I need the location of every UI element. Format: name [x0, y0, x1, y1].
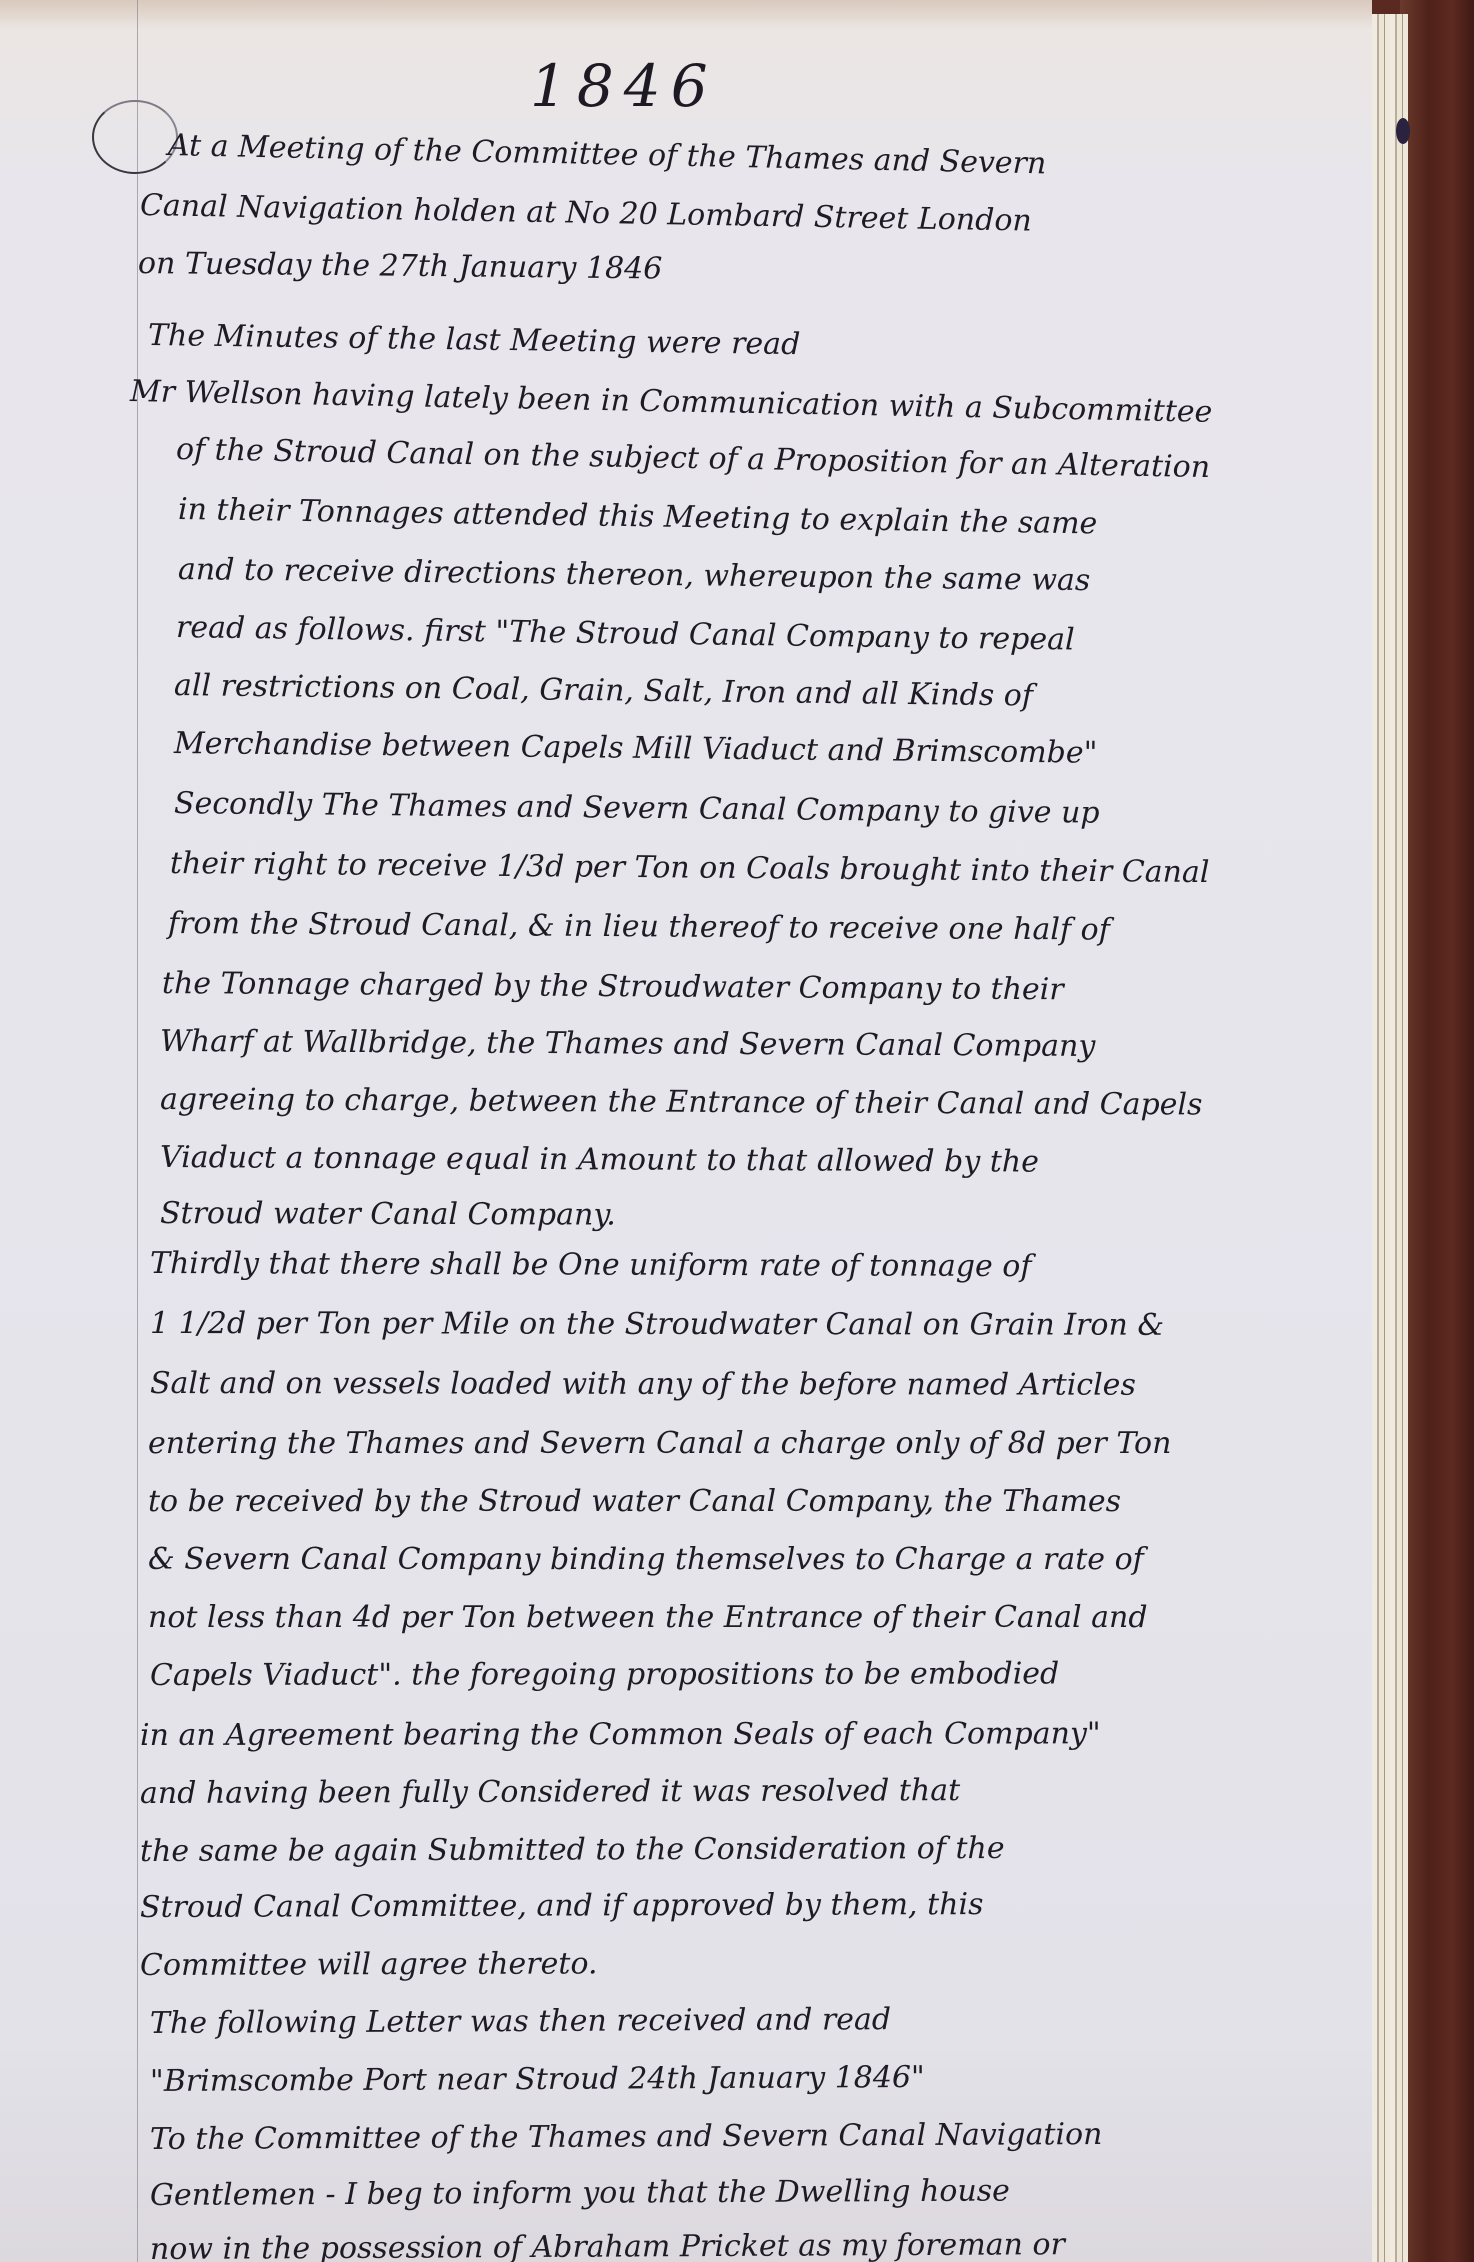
text-line: in an Agreement bearing the Common Seals… — [140, 1716, 1101, 1753]
text-line: of the Stroud Canal on the subject of a … — [176, 432, 1211, 485]
text-line: Mr Wellson having lately been in Communi… — [130, 374, 1213, 430]
text-line: and to receive directions thereon, where… — [178, 552, 1091, 598]
text-line: Secondly The Thames and Severn Canal Com… — [174, 786, 1100, 831]
text-line: Viaduct a tonnage equal in Amount to tha… — [160, 1140, 1039, 1180]
stacked-page-edges — [1372, 14, 1408, 2262]
text-line: & Severn Canal Company binding themselve… — [148, 1542, 1144, 1577]
text-line: The Minutes of the last Meeting were rea… — [148, 318, 801, 362]
text-line: and having been fully Considered it was … — [140, 1773, 960, 1811]
text-line: on Tuesday the 27th January 1846 — [138, 246, 663, 286]
text-line: Thirdly that there shall be One uniform … — [150, 1246, 1032, 1284]
ledger-page: 1846 At a Meeting of the Committee of th… — [0, 0, 1372, 2262]
text-line: Committee will agree thereto. — [140, 1946, 598, 1983]
ink-blot-mark — [1396, 118, 1410, 144]
text-line: At a Meeting of the Committee of the Tha… — [168, 128, 1047, 181]
text-line: Salt and on vessels loaded with any of t… — [150, 1366, 1136, 1403]
text-line: Canal Navigation holden at No 20 Lombard… — [140, 188, 1032, 239]
text-line: agreeing to charge, between the Entrance… — [160, 1082, 1203, 1122]
text-line: The following Letter was then received a… — [150, 2002, 891, 2041]
text-line: Gentlemen - I beg to inform you that the… — [150, 2173, 1010, 2213]
text-line: all restrictions on Coal, Grain, Salt, I… — [174, 668, 1033, 713]
text-line: Capels Viaduct". the foregoing propositi… — [150, 1656, 1059, 1693]
text-line: Wharf at Wallbridge, the Thames and Seve… — [160, 1024, 1096, 1064]
text-line: the same be again Submitted to the Consi… — [140, 1831, 1005, 1869]
text-line: To the Committee of the Thames and Sever… — [150, 2117, 1103, 2157]
text-line: read as follows. first "The Stroud Canal… — [176, 610, 1075, 658]
text-line: in their Tonnages attended this Meeting … — [178, 492, 1098, 541]
text-line: their right to receive 1/3d per Ton on C… — [170, 846, 1210, 890]
text-line: Merchandise between Capels Mill Viaduct … — [174, 726, 1098, 771]
text-line: from the Stroud Canal, & in lieu thereof… — [168, 906, 1110, 948]
margin-circle-mark — [92, 100, 178, 174]
text-line: now in the possession of Abraham Pricket… — [150, 2227, 1065, 2262]
wooden-surface-background — [1400, 0, 1474, 2262]
text-line: entering the Thames and Severn Canal a c… — [148, 1426, 1171, 1461]
text-line: the Tonnage charged by the Stroudwater C… — [162, 966, 1064, 1007]
text-line: Stroud water Canal Company. — [160, 1196, 616, 1233]
text-line: Stroud Canal Committee, and if approved … — [140, 1887, 984, 1925]
margin-rule-line — [137, 0, 138, 2262]
text-line: not less than 4d per Ton between the Ent… — [148, 1600, 1148, 1635]
page-top-shadow — [0, 0, 1372, 30]
text-line: 1 1/2d per Ton per Mile on the Stroudwat… — [150, 1306, 1164, 1343]
page-year-heading: 1846 — [530, 52, 718, 120]
text-line: "Brimscombe Port near Stroud 24th Januar… — [150, 2060, 925, 2099]
text-line: to be received by the Stroud water Canal… — [148, 1484, 1121, 1519]
